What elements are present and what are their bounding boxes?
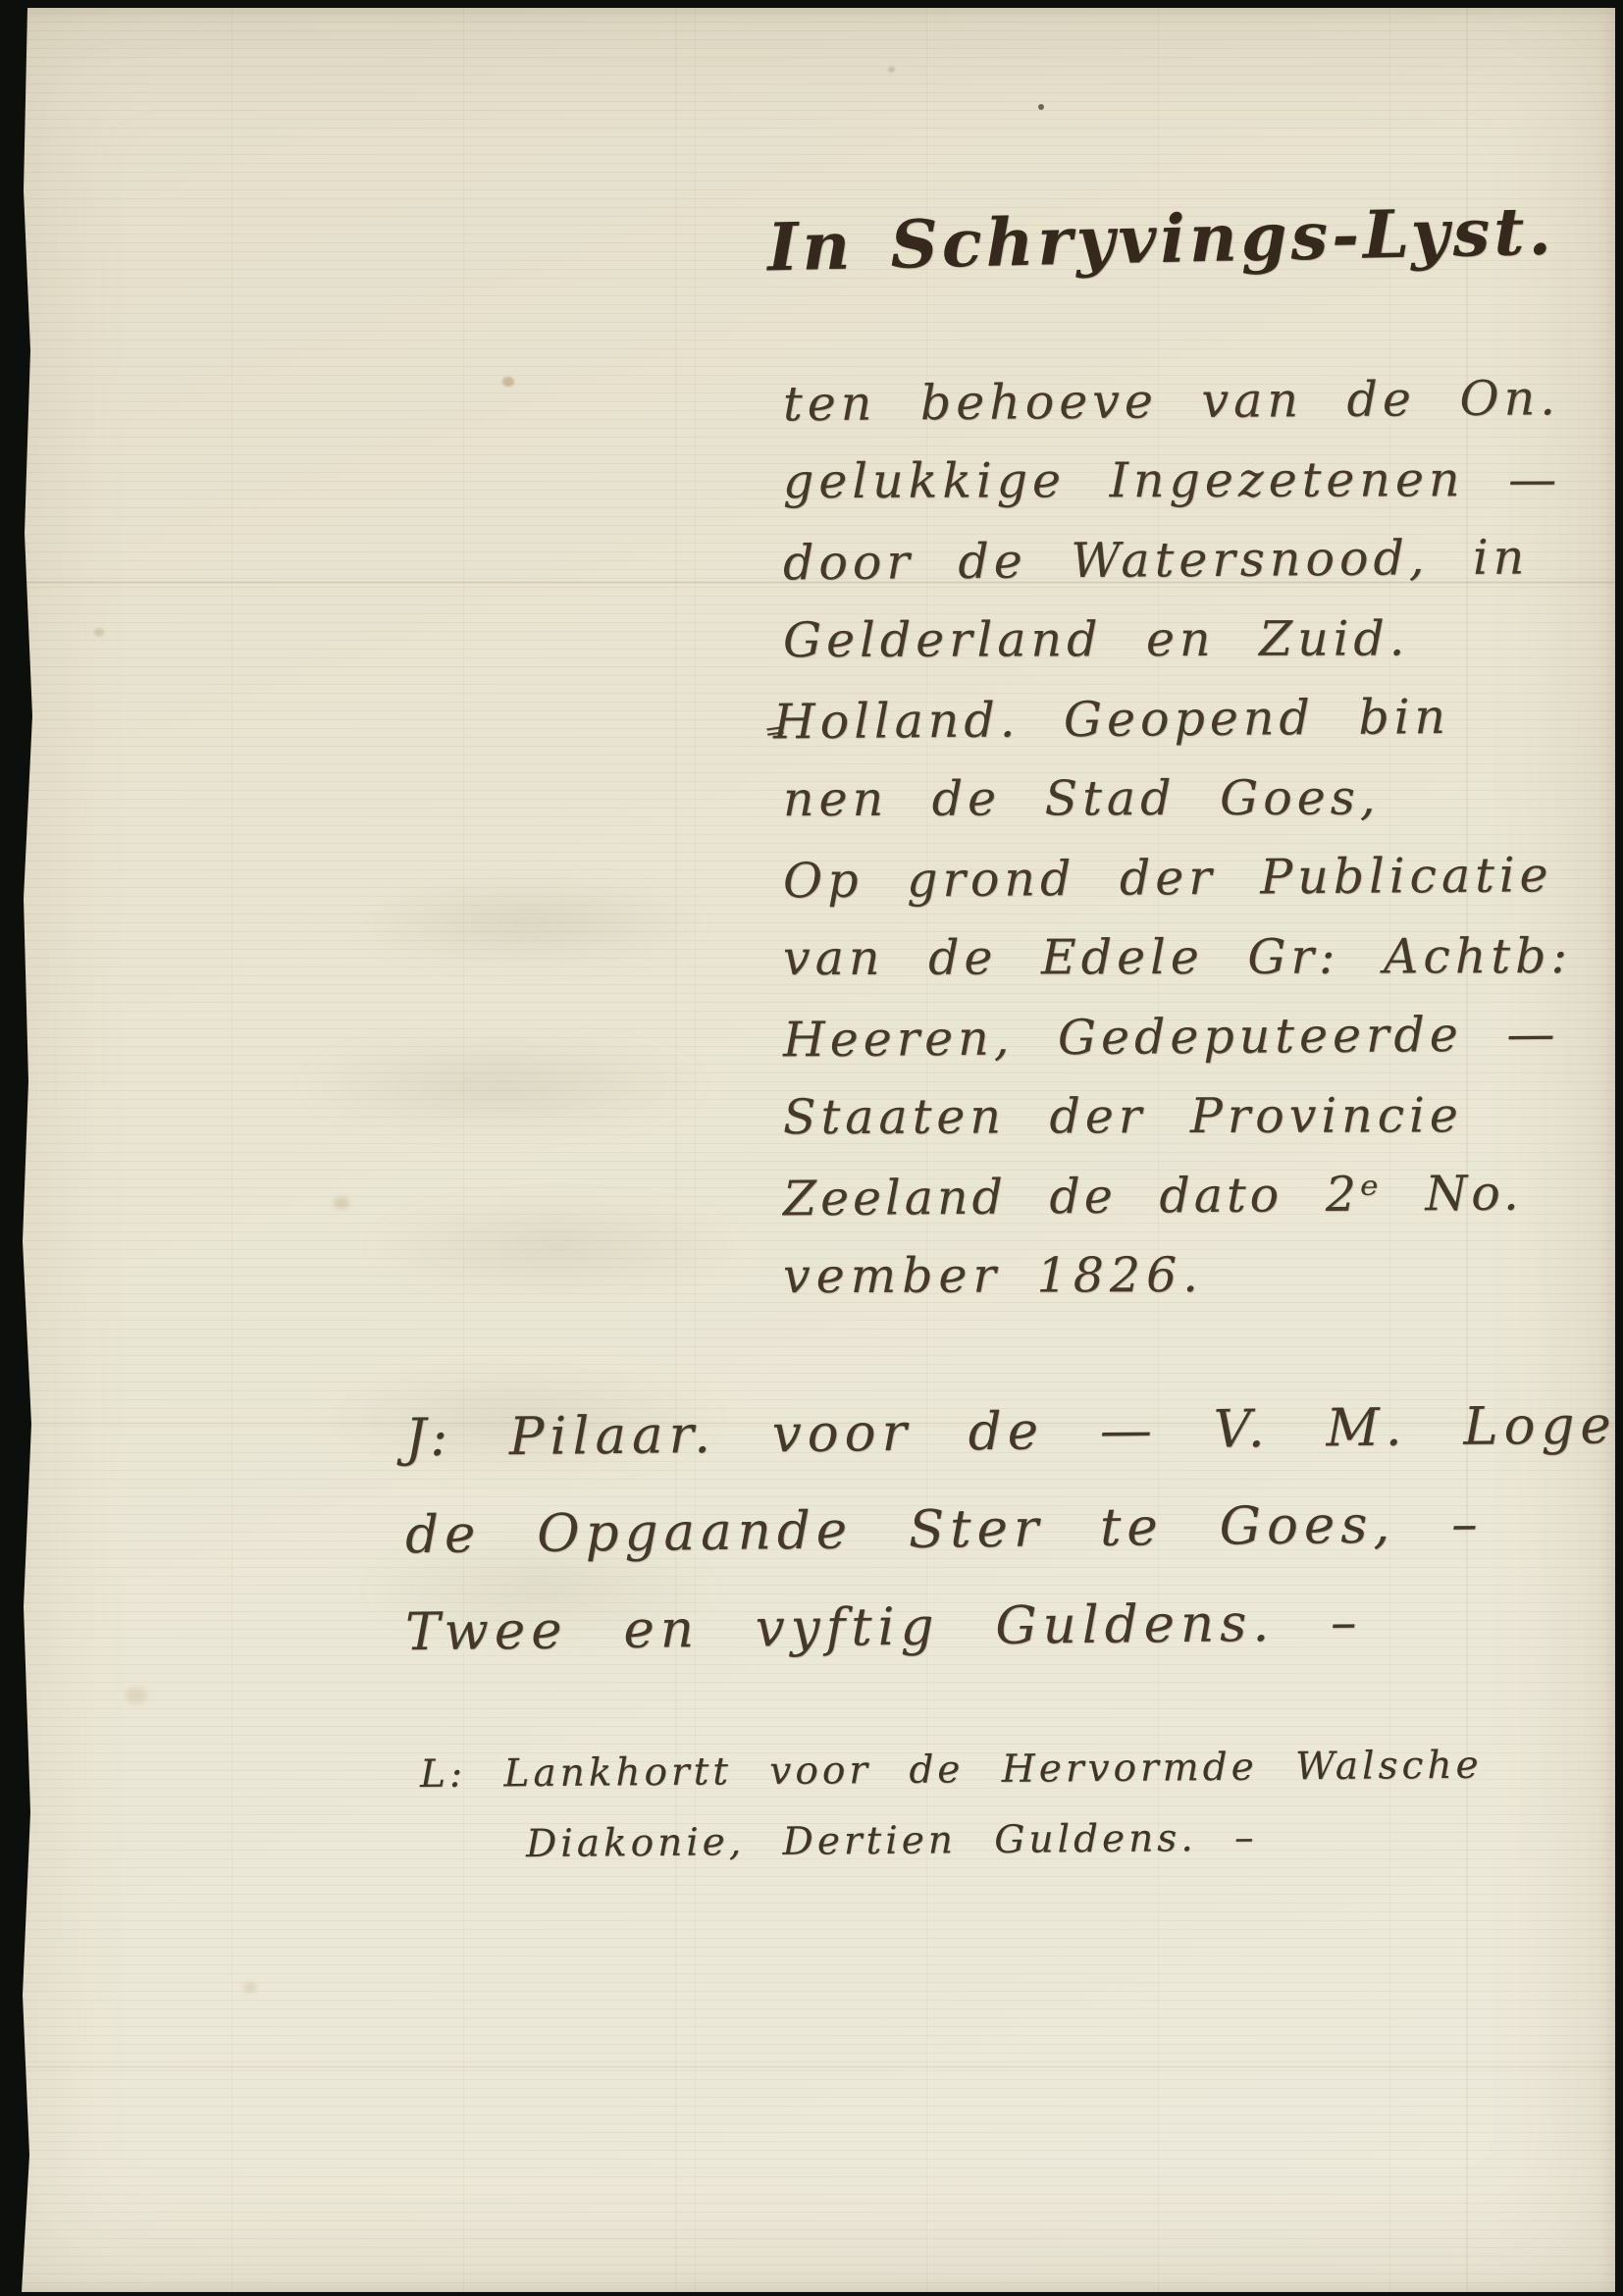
body-line-11: Zeeland de dato 2ᵉ No. xyxy=(783,1153,1623,1239)
body-line-10: Staaten der Provincie xyxy=(783,1075,1623,1157)
body-line-2: gelukkige Ingezetenen — xyxy=(783,440,1623,521)
scan-background: In Schryvings-Lyst. = ten behoeve van de… xyxy=(0,0,1623,2296)
body-line-4: Gelderland en Zuid. xyxy=(783,599,1623,680)
body-line-5: Holland. Geopend bin xyxy=(773,676,1623,762)
manuscript-body: ten behoeve van de On. gelukkige Ingezet… xyxy=(783,361,1623,1315)
subscription-entry-lankhortt: L: Lankhortt voor de Hervormde Walsche D… xyxy=(420,1735,1558,1876)
entry-line: Twee en vyftig Guldens. – xyxy=(405,1572,1574,1681)
manuscript-page: In Schryvings-Lyst. = ten behoeve van de… xyxy=(0,8,1615,2292)
entry-line: J: Pilaar. voor de — V. M. Loge: xyxy=(405,1378,1574,1487)
body-line-3: door de Watersnood, in xyxy=(783,517,1623,603)
body-line-7: Op grond der Publicatie xyxy=(783,835,1623,921)
body-line-12: vember 1826. xyxy=(783,1234,1623,1316)
body-line-6: nen de Stad Goes, xyxy=(783,757,1623,839)
body-line-9: Heeren, Gedeputeerde — xyxy=(783,994,1623,1080)
manuscript-title: In Schryvings-Lyst. xyxy=(766,192,1555,287)
entry-line: L: Lankhortt voor de Hervormde Walsche xyxy=(420,1730,1559,1810)
body-line-1: ten behoeve van de On. xyxy=(783,358,1623,444)
body-line-8: van de Edele Gr: Achtb: xyxy=(783,916,1623,998)
entry-line: de Opgaande Ster te Goes, – xyxy=(405,1475,1574,1584)
entry-line: Diakonie, Dertien Guldens. – xyxy=(420,1800,1559,1881)
subscription-entry-pilaar: J: Pilaar. voor de — V. M. Loge: de Opga… xyxy=(405,1383,1573,1675)
